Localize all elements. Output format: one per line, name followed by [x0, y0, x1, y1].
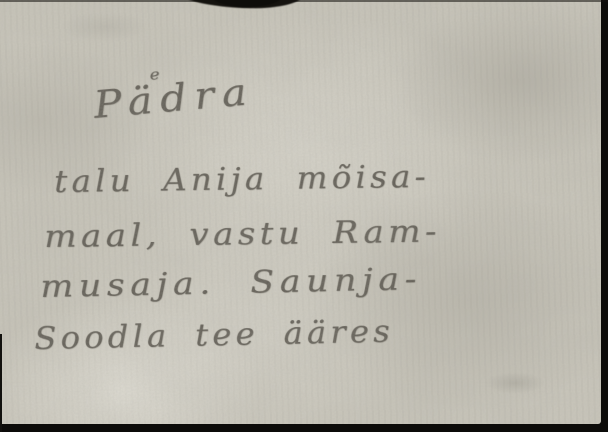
handwriting-title-line: Pädra e	[92, 70, 256, 127]
scanned-document: Pädra e talu Anija mõisa- maal, vastu Ra…	[0, 0, 608, 432]
paper-smudge	[60, 12, 150, 42]
paper-grain-texture	[0, 0, 601, 424]
scan-top-edge-shadow	[0, 0, 608, 2]
paper-smudge	[485, 372, 545, 394]
handwriting-line: talu Anija mõisa-	[54, 159, 430, 200]
handwriting-line: maal, vastu Ram-	[44, 213, 441, 255]
scan-left-edge-sliver	[0, 334, 2, 432]
title-superscript-accent: e	[149, 65, 160, 84]
handwriting-line: musaja. Saunja-	[40, 261, 422, 305]
title-text: Pädra	[92, 70, 256, 127]
handwriting-line: Soodla tee ääres	[34, 313, 394, 357]
scanned-note-paper: Pädra e talu Anija mõisa- maal, vastu Ra…	[0, 0, 601, 424]
